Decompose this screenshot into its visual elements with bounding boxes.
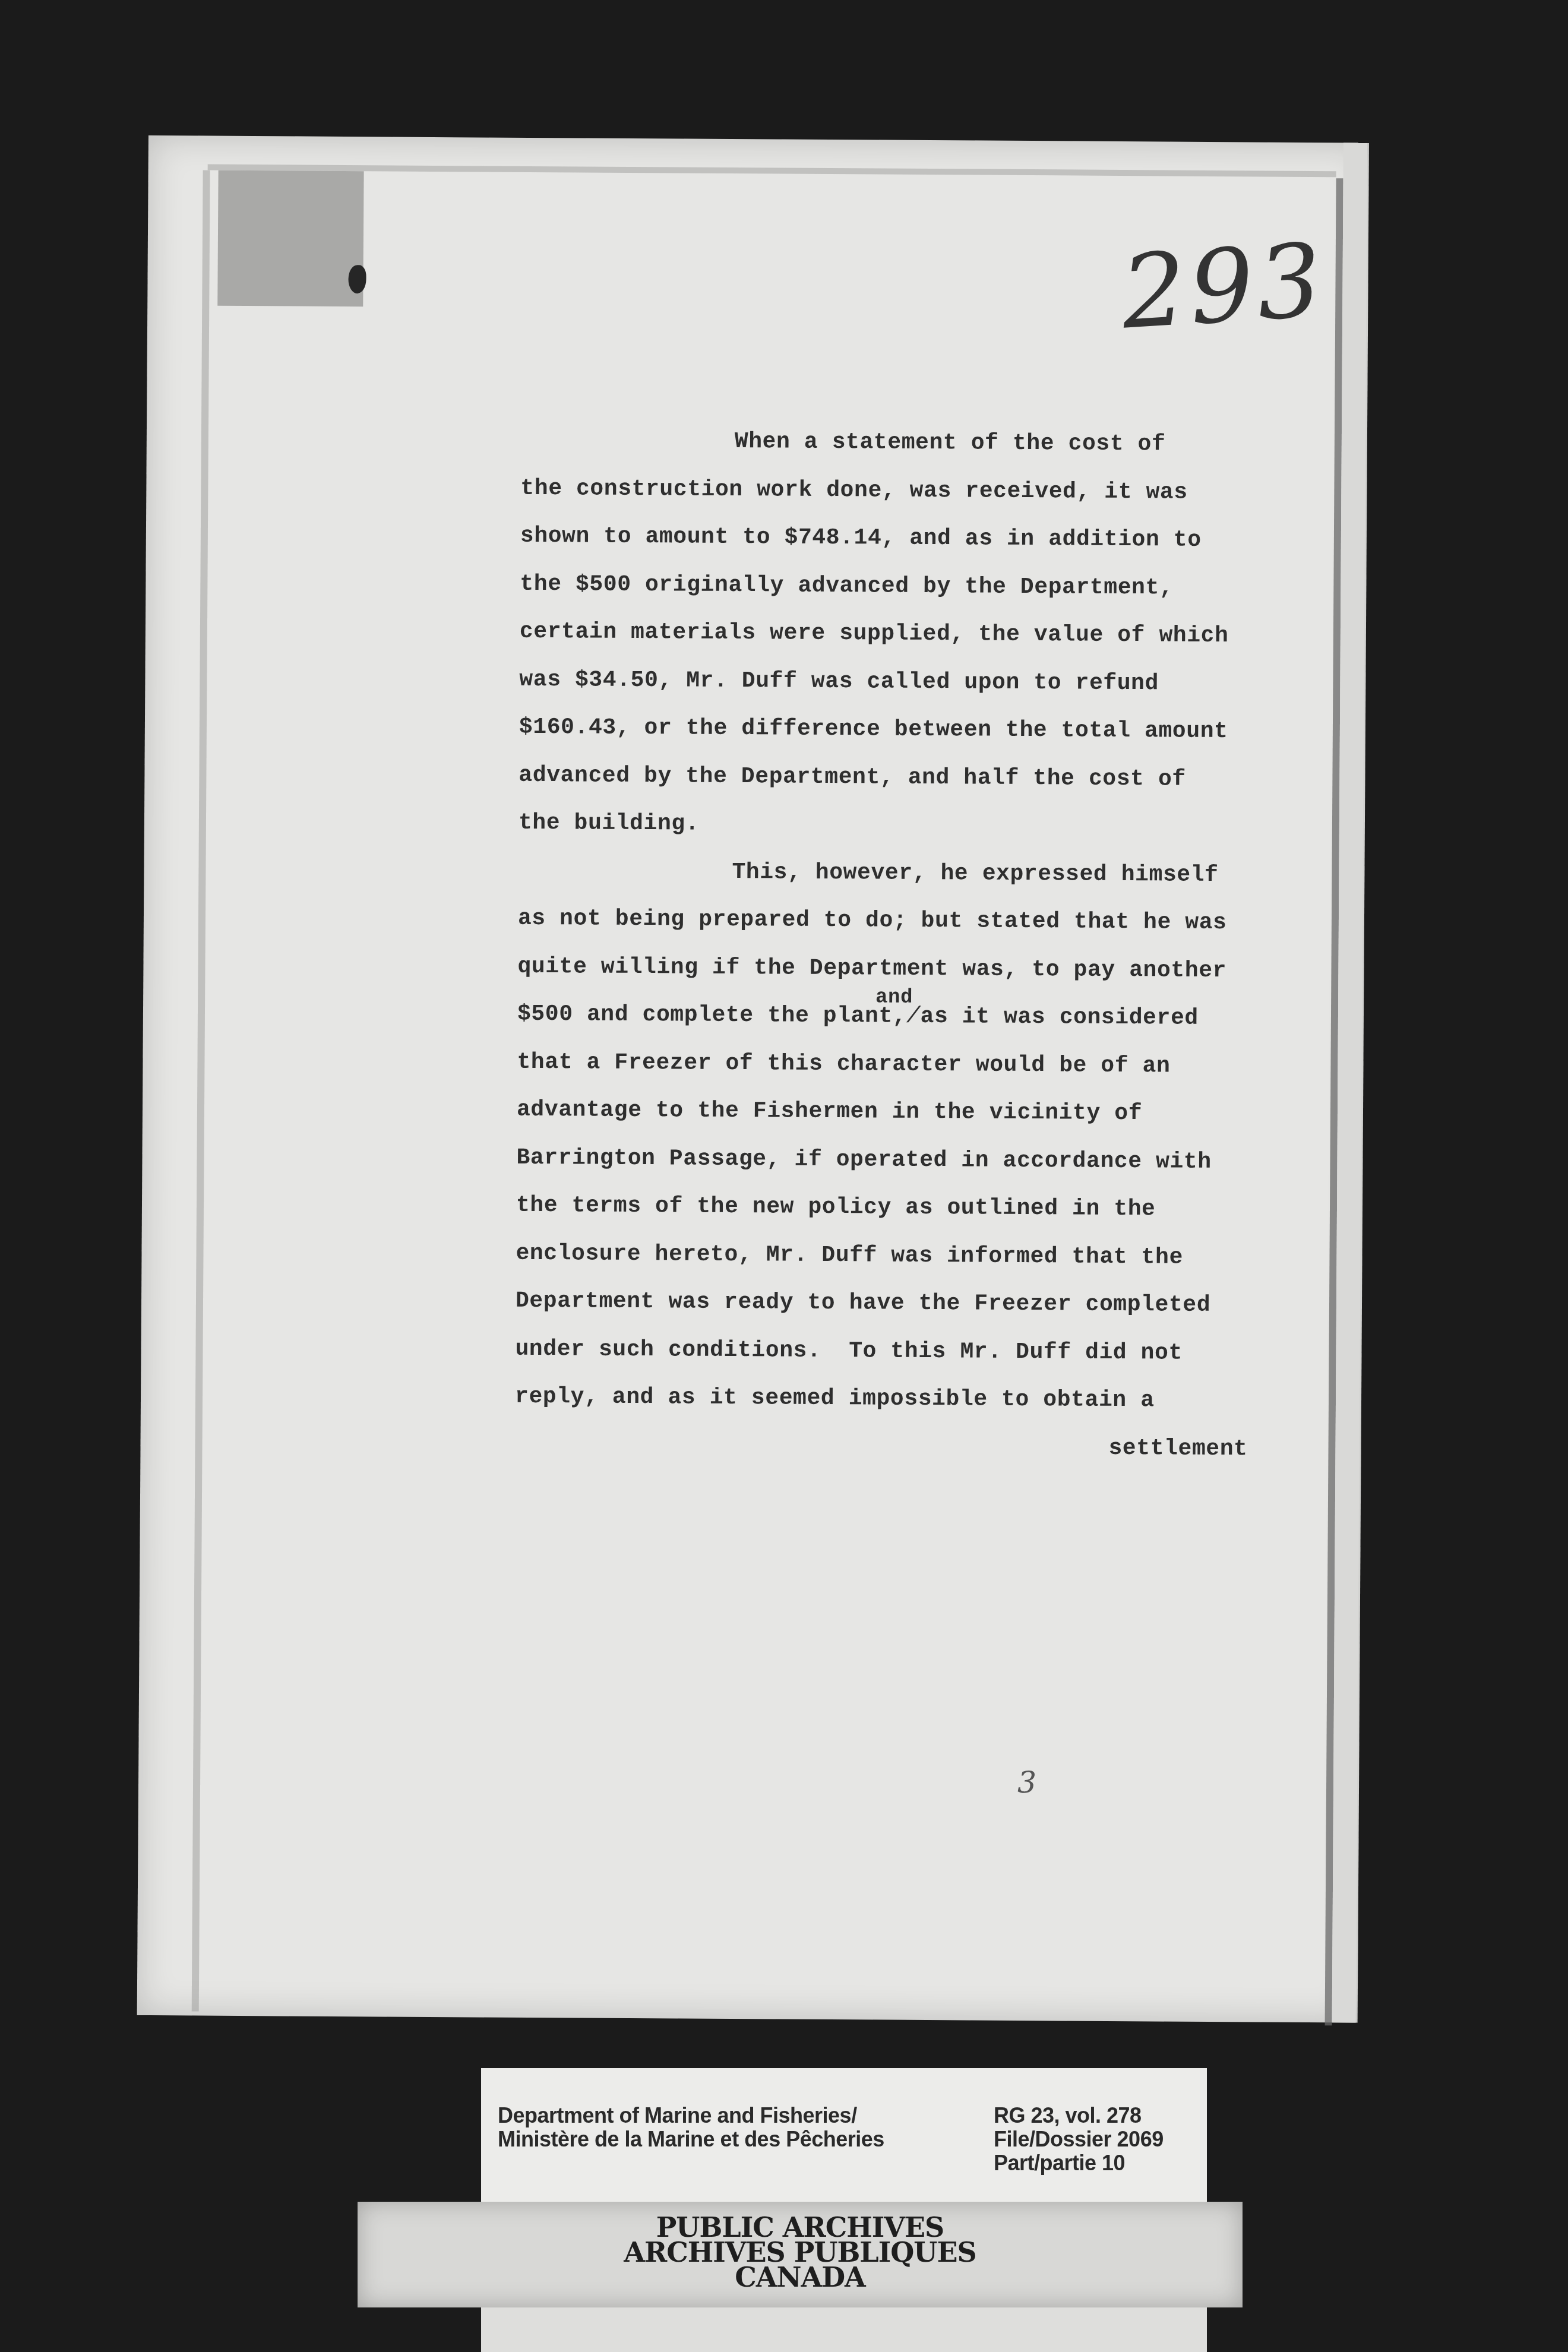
stray-pen-mark: 3 xyxy=(1017,1765,1036,1800)
text-line: When a statement of the cost of xyxy=(521,417,1412,470)
text-line: was $34.50, Mr. Duff was called upon to … xyxy=(519,656,1410,709)
text-line: Department was ready to have the Freezer… xyxy=(516,1278,1406,1331)
text-segment: $500 and complete the plant, xyxy=(517,1001,907,1029)
inner-sheet-left-edge xyxy=(192,170,210,2012)
text-line: as not being prepared to do; but stated … xyxy=(518,895,1409,949)
document-page: 293 When a statement of the cost of the … xyxy=(137,135,1369,2022)
text-line: under such conditions. To this Mr. Duff … xyxy=(515,1325,1406,1379)
text-segment: as it was considered xyxy=(921,1004,1199,1031)
text-line: the building. xyxy=(519,799,1409,853)
department-french: Ministère de la Marine et des Pêcheries xyxy=(498,2127,884,2151)
label-department: Department of Marine and Fisheries/ Mini… xyxy=(498,2104,884,2151)
text-line-with-insertion: $500 and complete the plant,/as it was c… xyxy=(517,991,1408,1044)
inner-sheet-top-edge xyxy=(208,165,1336,178)
handwritten-page-number: 293 xyxy=(1118,222,1329,352)
department-english: Department of Marine and Fisheries/ xyxy=(498,2104,884,2127)
handwritten-insertion: and xyxy=(875,974,913,1022)
text-line: advanced by the Department, and half the… xyxy=(519,751,1409,805)
text-line: the $500 originally advanced by the Depa… xyxy=(520,560,1411,614)
binding-tab xyxy=(217,170,363,306)
punch-hole-icon xyxy=(348,265,366,293)
archive-label-card: Department of Marine and Fisheries/ Mini… xyxy=(481,2068,1207,2211)
text-line: advantage to the Fishermen in the vicini… xyxy=(517,1086,1408,1140)
archive-stamp-strip: PUBLIC ARCHIVES ARCHIVES PUBLIQUES CANAD… xyxy=(358,2202,1243,2307)
record-group-volume: RG 23, vol. 278 xyxy=(994,2104,1164,2127)
text-line: $160.43, or the difference between the t… xyxy=(519,704,1410,757)
label-card-lower xyxy=(481,2307,1207,2352)
label-reference: RG 23, vol. 278 File/Dossier 2069 Part/p… xyxy=(994,2104,1164,2175)
file-number: File/Dossier 2069 xyxy=(994,2127,1164,2151)
text-line: enclosure hereto, Mr. Duff was informed … xyxy=(516,1229,1406,1283)
text-line: the construction work done, was received… xyxy=(520,464,1411,518)
part-number: Part/partie 10 xyxy=(994,2151,1164,2175)
text-line: certain materials were supplied, the val… xyxy=(520,608,1411,662)
text-line: Barrington Passage, if operated in accor… xyxy=(516,1134,1407,1187)
text-line: that a Freezer of this character would b… xyxy=(517,1038,1408,1092)
typed-letter-body: When a statement of the cost of the cons… xyxy=(514,417,1412,1474)
archive-stamp-text: PUBLIC ARCHIVES ARCHIVES PUBLIQUES CANAD… xyxy=(358,2215,1243,2290)
text-line: reply, and as it seemed impossible to ob… xyxy=(515,1373,1406,1427)
catchword: settlement xyxy=(514,1421,1405,1474)
archive-stamp-line-3: CANADA xyxy=(358,2265,1243,2290)
text-line: the terms of the new policy as outlined … xyxy=(516,1182,1407,1235)
text-line: This, however, he expressed himself xyxy=(518,847,1409,900)
text-line: quite willing if the Department was, to … xyxy=(517,943,1408,996)
text-line: shown to amount to $748.14, and as in ad… xyxy=(520,513,1411,566)
